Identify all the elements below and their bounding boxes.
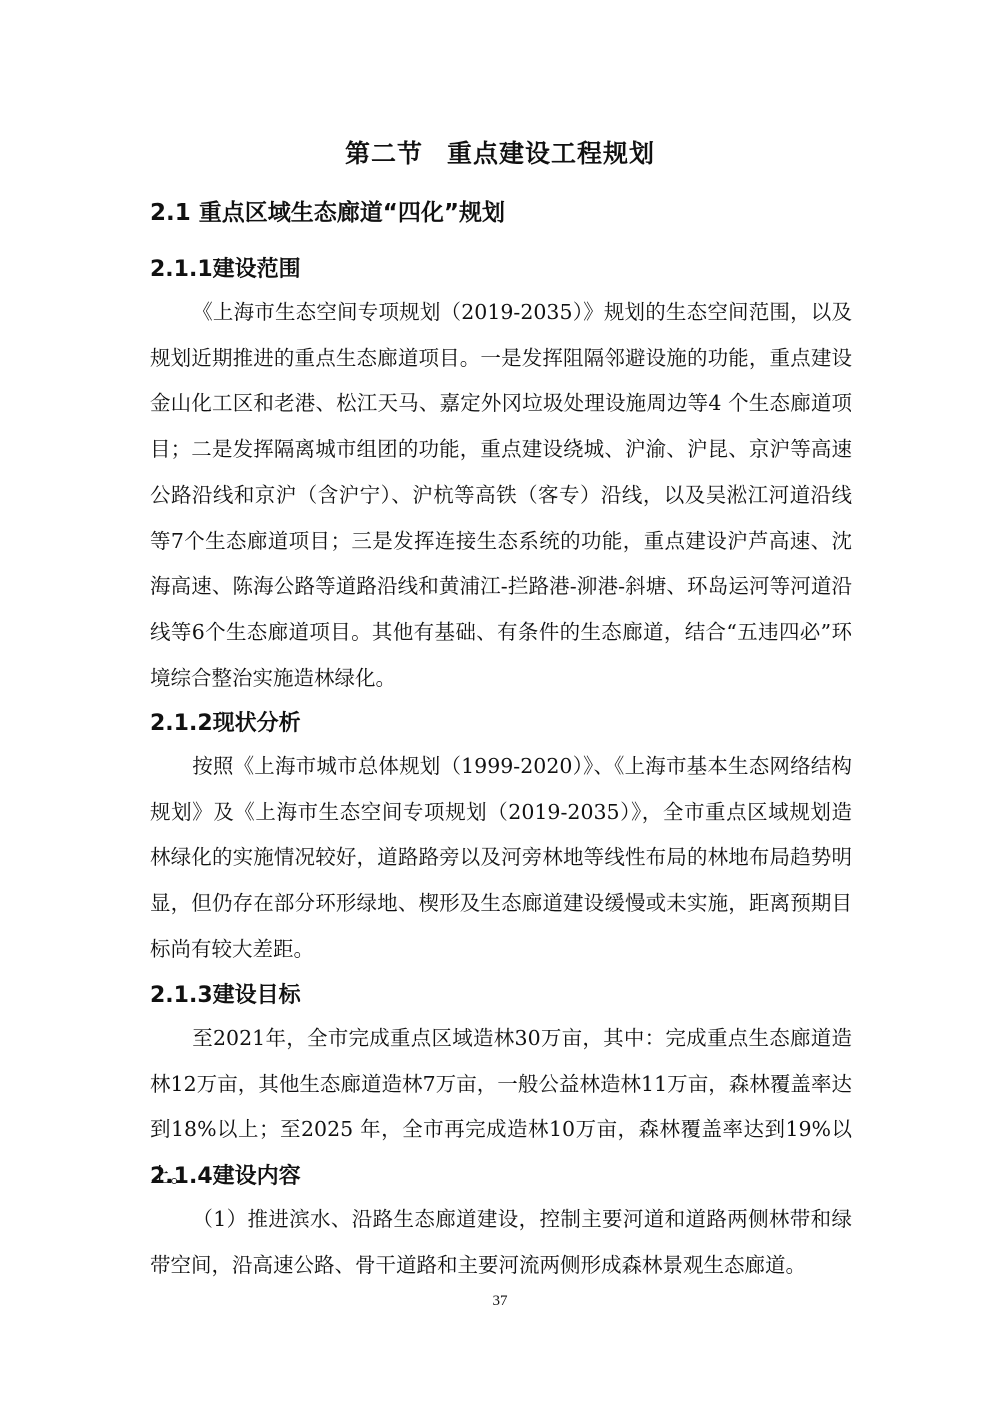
heading-2-1-3: 2.1.3建设目标 xyxy=(150,978,301,1009)
paragraph-text: 按照《上海市城市总体规划（1999-2020）》、《上海市基本生态网络结构规划》… xyxy=(150,754,852,961)
heading-2-1-4: 2.1.4建设内容 xyxy=(150,1159,301,1190)
page-number: 37 xyxy=(0,1293,1000,1310)
paragraph-construction-content: （1）推进滨水、沿路生态廊道建设，控制主要河道和道路两侧林带和绿带空间，沿高速公… xyxy=(150,1197,852,1288)
paragraph-text: 《上海市生态空间专项规划（2019-2035）》规划的生态空间范围，以及规划近期… xyxy=(150,300,852,690)
paragraph-status-analysis: 按照《上海市城市总体规划（1999-2020）》、《上海市基本生态网络结构规划》… xyxy=(150,744,852,973)
section-title-text: 重点建设工程规划 xyxy=(447,139,655,168)
paragraph-text: （1）推进滨水、沿路生态廊道建设，控制主要河道和道路两侧林带和绿带空间，沿高速公… xyxy=(150,1207,852,1277)
section-title: 第二节重点建设工程规划 xyxy=(0,134,1000,170)
section-number: 第二节 xyxy=(345,139,423,168)
paragraph-construction-scope: 《上海市生态空间专项规划（2019-2035）》规划的生态空间范围，以及规划近期… xyxy=(150,290,852,701)
heading-2-1-2: 2.1.2现状分析 xyxy=(150,706,301,737)
heading-2-1-1: 2.1.1建设范围 xyxy=(150,252,301,283)
heading-2-1: 2.1 重点区域生态廊道“四化”规划 xyxy=(150,194,505,227)
document-page: 第二节重点建设工程规划 2.1 重点区域生态廊道“四化”规划 2.1.1建设范围… xyxy=(0,0,1000,1414)
